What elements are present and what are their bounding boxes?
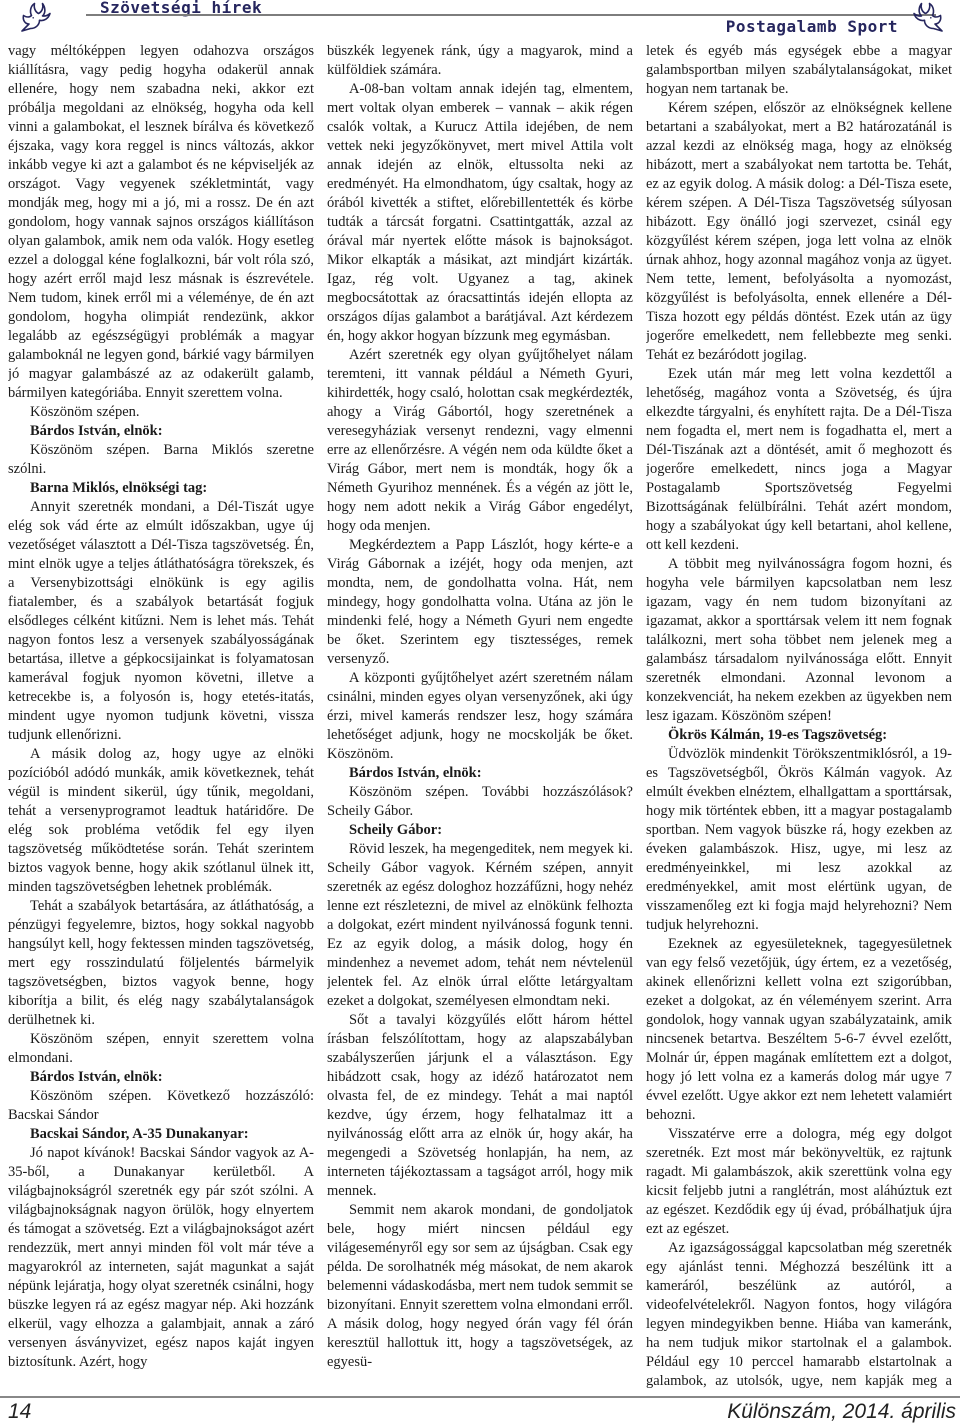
paragraph: Annyit szeretnék mondani, a Dél-Tiszát u… xyxy=(8,498,314,745)
speaker-heading: Barna Miklós, elnökségi tag: xyxy=(8,479,314,498)
text-column-3: letek és egyéb más egységek ebbe a magya… xyxy=(646,42,952,1392)
paragraph: vagy méltóképpen legyen odahozva országo… xyxy=(8,42,314,403)
article-columns: vagy méltóképpen legyen odahozva országo… xyxy=(8,42,952,1392)
paragraph: Azért szeretnék egy olyan gyűjtőhelyet n… xyxy=(327,346,633,536)
publication-name: Postagalamb Sport xyxy=(726,17,898,36)
paragraph: Visszatérve erre a dologra, még egy dolg… xyxy=(646,1125,952,1239)
paragraph: letek és egyéb más egységek ebbe a magya… xyxy=(646,42,952,99)
speaker-heading: Bárdos István, elnök: xyxy=(327,764,633,783)
text-column-1: vagy méltóképpen legyen odahozva országo… xyxy=(8,42,314,1392)
page-number: 14 xyxy=(8,1400,31,1424)
speaker-heading: Bárdos István, elnök: xyxy=(8,1068,314,1087)
paragraph: Sőt a tavalyi közgyűlés előtt három hétt… xyxy=(327,1011,633,1201)
text-column-2: büszkék legyenek ránk, úgy a magyarok, m… xyxy=(327,42,633,1392)
masthead: Szövetségi hírek Postagalamb Sport xyxy=(0,0,960,40)
paragraph: A központi gyűjtőhelyet azért szeretném … xyxy=(327,669,633,764)
speaker-heading: Scheily Gábor: xyxy=(327,821,633,840)
issue-label: Különszám, 2014. április xyxy=(727,1400,956,1424)
paragraph: Köszönöm szépen. Barna Miklós szeretne s… xyxy=(8,441,314,479)
paragraph: A-08-ban voltam annak idején tag, elment… xyxy=(327,80,633,346)
paragraph: Kérem szépen, először az elnökségnek kel… xyxy=(646,99,952,365)
paragraph: Jó napot kívánok! Bacskai Sándor vagyok … xyxy=(8,1144,314,1372)
paragraph: Köszönöm szépen. További hozzászólások? … xyxy=(327,783,633,821)
speaker-heading: Bárdos István, elnök: xyxy=(8,422,314,441)
speaker-heading: Bacskai Sándor, A-35 Dunakanyar: xyxy=(8,1125,314,1144)
masthead-rule xyxy=(86,14,936,16)
paragraph: Köszönöm szépen, ennyit szerettem volna … xyxy=(8,1030,314,1068)
paragraph: Üdvözlök mindenkit Törökszentmiklósról, … xyxy=(646,745,952,935)
paragraph: A többit meg nyilvánosságra fogom hozni,… xyxy=(646,555,952,726)
paragraph: büszkék legyenek ránk, úgy a magyarok, m… xyxy=(327,42,633,80)
paragraph: Az igazságossággal kapcsolatban még szer… xyxy=(646,1239,952,1392)
paragraph: Ezeknek az egyesületeknek, tagegyesületn… xyxy=(646,935,952,1125)
speaker-heading: Ökrös Kálmán, 19-es Tagszövetség: xyxy=(646,726,952,745)
dove-icon xyxy=(908,1,948,33)
paragraph: Köszönöm szépen. Következő hozzászóló: B… xyxy=(8,1087,314,1125)
paragraph: Ezek után már meg lett volna kezdettől a… xyxy=(646,365,952,555)
paragraph: Megkérdeztem a Papp Lászlót, hogy kérte-… xyxy=(327,536,633,669)
footer-rule xyxy=(0,1396,960,1398)
paragraph: Köszönöm szépen. xyxy=(8,403,314,422)
paragraph: Rövid leszek, ha megengeditek, nem megye… xyxy=(327,840,633,1011)
paragraph: A másik dolog az, hogy ugye az elnöki po… xyxy=(8,745,314,897)
paragraph: Tehát a szabályok betartására, az átláth… xyxy=(8,897,314,1030)
paragraph: Semmit nem akarok mondani, de gondoljato… xyxy=(327,1201,633,1372)
newsletter-page: Szövetségi hírek Postagalamb Sport vagy … xyxy=(0,0,960,1428)
dove-icon xyxy=(16,1,56,33)
